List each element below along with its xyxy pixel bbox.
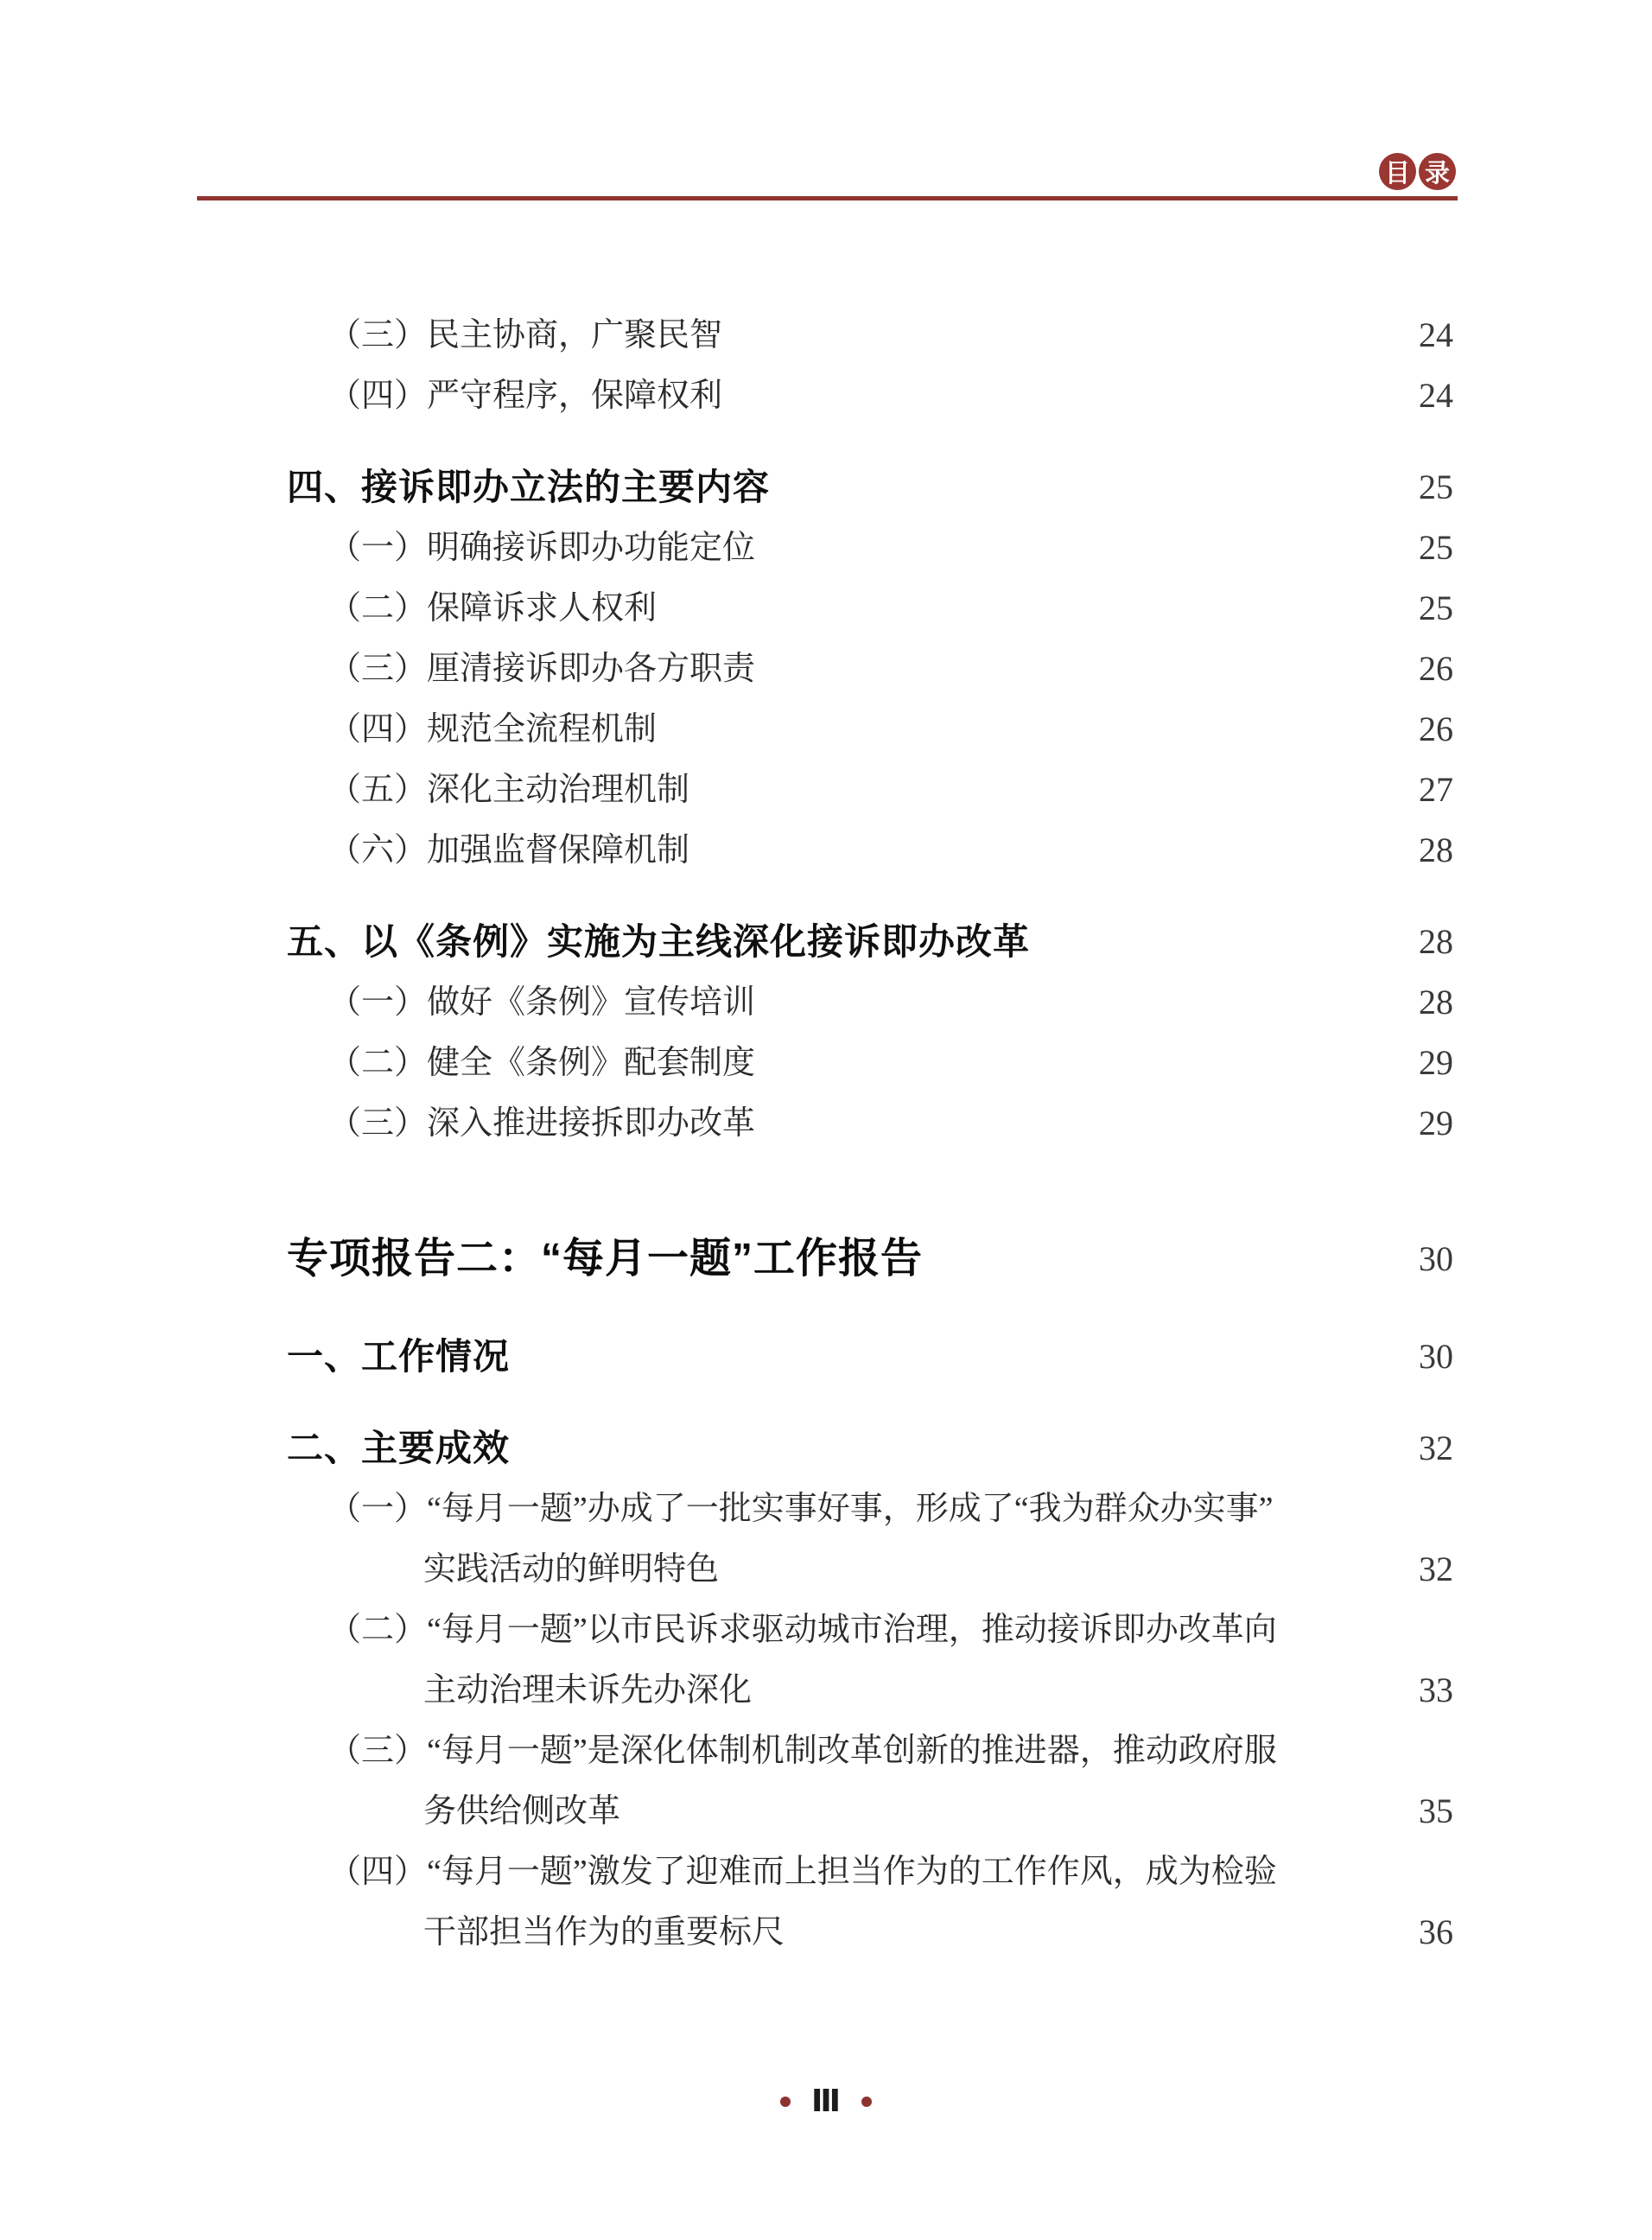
page-number: Ⅲ [811,2086,841,2117]
footer-dot-left-icon [780,2097,791,2107]
toc-entry-label: （三）深入推进接拆即办改革 [328,1093,1381,1154]
toc-entry: 一、工作情况30 [287,1327,1453,1387]
toc-entry-label: （一）明确接诉即办功能定位 [328,518,1381,578]
toc-entry-page-number: 25 [1381,578,1453,639]
toc-entry: （四）规范全流程机制26 [287,699,1453,760]
toc-entry: （一）做好《条例》宣传培训28 [287,972,1453,1033]
header-rule [197,196,1458,200]
toc-entry-label: （二）保障诉求人权利 [328,578,1381,639]
toc-entry-label: （一）做好《条例》宣传培训 [328,972,1381,1033]
toc-entry-label: 专项报告二：“每月一题”工作报告 [287,1223,1381,1295]
toc-entry-label: 二、主要成效 [287,1418,1381,1479]
toc-entry: （三）“每月一题”是深化体制机制改革创新的推进器，推动政府服务供给侧改革35 [287,1721,1453,1842]
toc-entry-page-number: 35 [1381,1781,1453,1842]
toc-badge-mu-icon: 目 [1379,153,1416,190]
toc-entry-page-number: 24 [1381,366,1453,426]
toc-entry-label: （六）加强监督保障机制 [328,820,1381,881]
toc-entry-page-number: 28 [1381,820,1453,881]
footer-dot-right-icon [861,2097,872,2107]
toc-entry-page-number: 32 [1381,1539,1453,1600]
toc-entry: （一）“每月一题”办成了一批实事好事，形成了“我为群众办实事”实践活动的鲜明特色… [287,1479,1453,1600]
toc-entry-page-number: 25 [1381,457,1453,518]
toc-entry: （一）明确接诉即办功能定位25 [287,518,1453,578]
toc-entry-page-number: 30 [1381,1223,1453,1295]
toc-entry-label: （三）厘清接诉即办各方职责 [328,639,1381,699]
toc-entry: （四）“每月一题”激发了迎难而上担当作为的工作作风，成为检验干部担当作为的重要标… [287,1842,1453,1963]
toc-entry-label: （二）健全《条例》配套制度 [328,1033,1381,1093]
toc-entry: （三）厘清接诉即办各方职责26 [287,639,1453,699]
toc-entry: （三）民主协商，广聚民智24 [287,305,1453,366]
toc-entry-page-number: 30 [1381,1327,1453,1387]
toc-entry: （二）“每月一题”以市民诉求驱动城市治理，推动接诉即办改革向主动治理未诉先办深化… [287,1600,1453,1721]
toc-entry-page-number: 24 [1381,305,1453,366]
toc-page: 目 录 （三）民主协商，广聚民智24（四）严守程序，保障权利24四、接诉即办立法… [0,0,1652,2240]
toc-entry: （六）加强监督保障机制28 [287,820,1453,881]
toc-entry-page-number: 32 [1381,1418,1453,1479]
toc-entry-label: 一、工作情况 [287,1327,1381,1387]
toc-entry-page-number: 28 [1381,912,1453,972]
toc-entry-label: （三）“每月一题”是深化体制机制改革创新的推进器，推动政府服务供给侧改革 [328,1721,1381,1842]
toc-entry-label: （三）民主协商，广聚民智 [328,305,1381,366]
toc-entry-page-number: 27 [1381,760,1453,820]
toc-entry-label: （一）“每月一题”办成了一批实事好事，形成了“我为群众办实事”实践活动的鲜明特色 [328,1479,1381,1600]
toc-badge-lu-icon: 录 [1419,153,1456,190]
toc-entry-label: （四）严守程序，保障权利 [328,366,1381,426]
page-footer: Ⅲ [0,2086,1652,2117]
toc-entry-page-number: 26 [1381,699,1453,760]
toc-list: （三）民主协商，广聚民智24（四）严守程序，保障权利24四、接诉即办立法的主要内… [287,305,1453,1963]
toc-entry: 专项报告二：“每月一题”工作报告30 [287,1223,1453,1295]
toc-entry-page-number: 29 [1381,1093,1453,1154]
toc-entry: （四）严守程序，保障权利24 [287,366,1453,426]
toc-entry-page-number: 26 [1381,639,1453,699]
toc-entry-page-number: 25 [1381,518,1453,578]
toc-entry-page-number: 28 [1381,972,1453,1033]
toc-entry: （五）深化主动治理机制27 [287,760,1453,820]
toc-entry-label: 四、接诉即办立法的主要内容 [287,457,1381,518]
toc-entry-label: （四）“每月一题”激发了迎难而上担当作为的工作作风，成为检验干部担当作为的重要标… [328,1842,1381,1963]
toc-entry: 五、以《条例》实施为主线深化接诉即办改革28 [287,912,1453,972]
header-badges: 目 录 [1379,153,1456,190]
toc-entry-page-number: 29 [1381,1033,1453,1093]
toc-entry-label: （四）规范全流程机制 [328,699,1381,760]
toc-entry: （二）保障诉求人权利25 [287,578,1453,639]
toc-entry-page-number: 33 [1381,1660,1453,1721]
toc-entry-label: （二）“每月一题”以市民诉求驱动城市治理，推动接诉即办改革向主动治理未诉先办深化 [328,1600,1381,1721]
toc-entry: 二、主要成效32 [287,1418,1453,1479]
toc-entry: （三）深入推进接拆即办改革29 [287,1093,1453,1154]
toc-entry-page-number: 36 [1381,1902,1453,1963]
toc-entry-label: 五、以《条例》实施为主线深化接诉即办改革 [287,912,1381,972]
toc-entry: （二）健全《条例》配套制度29 [287,1033,1453,1093]
toc-entry-label: （五）深化主动治理机制 [328,760,1381,820]
toc-entry: 四、接诉即办立法的主要内容25 [287,457,1453,518]
